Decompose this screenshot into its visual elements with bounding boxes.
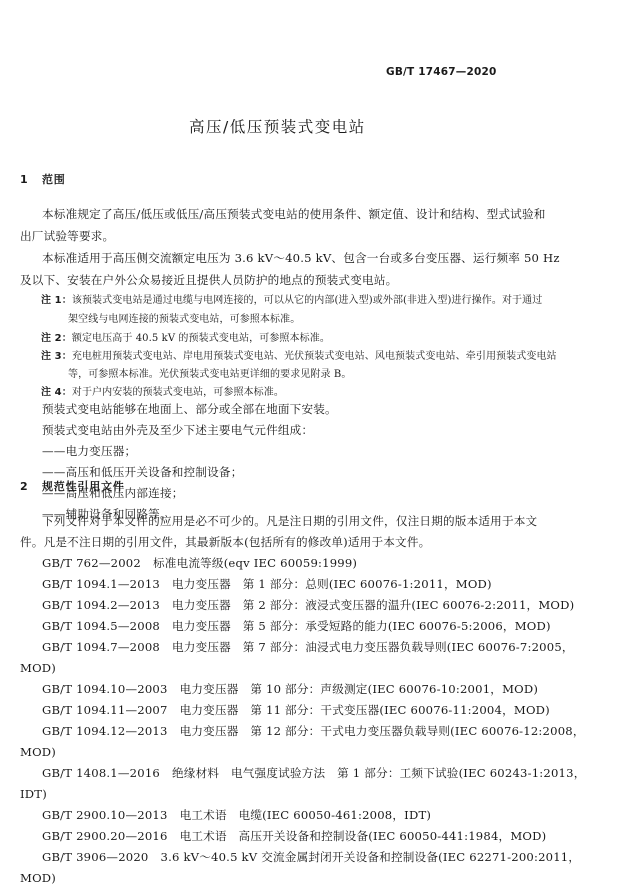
note-3: 注 3：充电桩用预装式变电站、岸电用预装式变电站、光伏预装式变电站、风电预装式变… xyxy=(41,350,557,363)
note-text: 额定电压高于 40.5 kV 的预装式变电站，可参照本标准。 xyxy=(72,333,330,344)
note-1: 注 1：该预装式变电站是通过电缆与电网连接的，可以从它的内部(进入型)或外部(非… xyxy=(41,294,542,307)
reference-title: 电工术语 电缆(IEC 60050-461:2008，IDT) xyxy=(180,808,432,822)
paragraph-line: 下列文件对于本文件的应用是必不可少的。凡是注日期的引用文件，仅注日期的版本适用于… xyxy=(42,514,537,528)
paragraph-line: 件。凡是不注日期的引用文件，其最新版本(包括所有的修改单)适用于本文件。 xyxy=(20,535,430,549)
list-item: ——高压和低压开关设备和控制设备； xyxy=(42,465,243,479)
note-text: 对于户内安装的预装式变电站，可参照本标准。 xyxy=(72,387,284,398)
paragraph-line: 预装式变电站能够在地面上、部分或全部在地面下安装。 xyxy=(42,402,337,416)
section-title: 规范性引用文件 xyxy=(42,480,125,493)
reference-entry: GB/T 1094.1—2013电力变压器 第 1 部分：总则(IEC 6007… xyxy=(42,577,492,591)
note-text: 该预装式变电站是通过电缆与电网连接的，可以从它的内部(进入型)或外部(非进入型)… xyxy=(72,295,543,306)
document-title: 高压/低压预装式变电站 xyxy=(189,120,366,134)
reference-continuation: MOD) xyxy=(20,661,56,675)
reference-title: 电力变压器 第 11 部分：干式变压器(IEC 60076-11:2004，MO… xyxy=(180,703,550,717)
reference-entry: GB/T 3906—20203.6 kV～40.5 kV 交流金属封闭开关设备和… xyxy=(42,850,580,864)
note-2: 注 2：额定电压高于 40.5 kV 的预装式变电站，可参照本标准。 xyxy=(41,332,330,345)
reference-entry: GB/T 1094.12—2013电力变压器 第 12 部分：干式电力变压器负载… xyxy=(42,724,585,738)
note-1-continuation: 架空线与电网连接的预装式变电站，可参照本标准。 xyxy=(68,313,300,326)
reference-code: GB/T 2900.10—2013 xyxy=(42,808,168,822)
reference-title: 电力变压器 第 2 部分：液浸式变压器的温升(IEC 60076-2:2011，… xyxy=(172,598,574,612)
reference-title: 3.6 kV～40.5 kV 交流金属封闭开关设备和控制设备(IEC 62271… xyxy=(161,850,581,864)
reference-code: GB/T 762—2002 xyxy=(42,556,141,570)
reference-entry: GB/T 2900.20—2016电工术语 高压开关设备和控制设备(IEC 60… xyxy=(42,829,546,843)
reference-entry: GB/T 762—2002标准电流等级(eqv IEC 60059:1999) xyxy=(42,556,357,570)
list-item: ——电力变压器； xyxy=(42,444,136,458)
paragraph-line: 及以下、安装在户外公众易接近且提供人员防护的地点的预装式变电站。 xyxy=(20,273,397,287)
reference-continuation: MOD) xyxy=(20,871,56,885)
note-4: 注 4：对于户内安装的预装式变电站，可参照本标准。 xyxy=(41,386,284,399)
standard-code: GB/T 17467—2020 xyxy=(386,65,497,79)
reference-code: GB/T 1094.12—2013 xyxy=(42,724,168,738)
reference-title: 电力变压器 第 7 部分：油浸式电力变压器负载导则(IEC 60076-7:20… xyxy=(172,640,574,654)
reference-title: 标准电流等级(eqv IEC 60059:1999) xyxy=(153,556,357,570)
section-number: 2 xyxy=(20,480,42,494)
reference-code: GB/T 1094.7—2008 xyxy=(42,640,160,654)
section-2-heading: 2规范性引用文件 xyxy=(20,480,125,494)
section-1-heading: 1范围 xyxy=(20,173,66,187)
paragraph-line: 本标准规定了高压/低压或低压/高压预装式变电站的使用条件、额定值、设计和结构、型… xyxy=(42,207,546,221)
reference-title: 电力变压器 第 10 部分：声级测定(IEC 60076-10:2001，MOD… xyxy=(180,682,539,696)
reference-entry: GB/T 1094.10—2003电力变压器 第 10 部分：声级测定(IEC … xyxy=(42,682,538,696)
note-tag: 注 2： xyxy=(41,333,72,344)
paragraph-line: 出厂试验等要求。 xyxy=(20,229,114,243)
reference-continuation: MOD) xyxy=(20,745,56,759)
reference-code: GB/T 1408.1—2016 xyxy=(42,766,160,780)
reference-continuation: IDT) xyxy=(20,787,47,801)
reference-entry: GB/T 1408.1—2016绝缘材料 电气强度试验方法 第 1 部分：工频下… xyxy=(42,766,586,780)
reference-code: GB/T 1094.2—2013 xyxy=(42,598,160,612)
reference-title: 电工术语 高压开关设备和控制设备(IEC 60050-441:1984，MOD) xyxy=(180,829,547,843)
reference-code: GB/T 1094.5—2008 xyxy=(42,619,160,633)
reference-code: GB/T 1094.11—2007 xyxy=(42,703,168,717)
reference-entry: GB/T 1094.5—2008电力变压器 第 5 部分：承受短路的能力(IEC… xyxy=(42,619,551,633)
reference-title: 电力变压器 第 12 部分：干式电力变压器负载导则(IEC 60076-12:2… xyxy=(180,724,585,738)
paragraph-line: 本标准适用于高压侧交流额定电压为 3.6 kV～40.5 kV、包含一台或多台变… xyxy=(42,251,560,265)
reference-code: GB/T 3906—2020 xyxy=(42,850,149,864)
note-tag: 注 3： xyxy=(41,351,72,362)
section-number: 1 xyxy=(20,173,42,187)
reference-code: GB/T 2900.20—2016 xyxy=(42,829,168,843)
reference-code: GB/T 1094.10—2003 xyxy=(42,682,168,696)
reference-entry: GB/T 1094.2—2013电力变压器 第 2 部分：液浸式变压器的温升(I… xyxy=(42,598,574,612)
reference-entry: GB/T 1094.11—2007电力变压器 第 11 部分：干式变压器(IEC… xyxy=(42,703,550,717)
note-text: 充电桩用预装式变电站、岸电用预装式变电站、光伏预装式变电站、风电预装式变电站、牵… xyxy=(72,351,557,362)
reference-code: GB/T 1094.1—2013 xyxy=(42,577,160,591)
reference-entry: GB/T 1094.7—2008电力变压器 第 7 部分：油浸式电力变压器负载导… xyxy=(42,640,574,654)
section-title: 范围 xyxy=(42,173,66,186)
reference-entry: GB/T 2900.10—2013电工术语 电缆(IEC 60050-461:2… xyxy=(42,808,431,822)
paragraph-line: 预装式变电站由外壳及至少下述主要电气元件组成： xyxy=(42,423,313,437)
reference-title: 电力变压器 第 5 部分：承受短路的能力(IEC 60076-5:2006，MO… xyxy=(172,619,551,633)
reference-title: 绝缘材料 电气强度试验方法 第 1 部分：工频下试验(IEC 60243-1:2… xyxy=(172,766,586,780)
note-3-continuation: 等，可参照本标准。光伏预装式变电站更详细的要求见附录 B。 xyxy=(68,368,351,381)
reference-title: 电力变压器 第 1 部分：总则(IEC 60076-1:2011，MOD) xyxy=(172,577,492,591)
note-tag: 注 4： xyxy=(41,387,72,398)
note-tag: 注 1： xyxy=(41,295,72,306)
